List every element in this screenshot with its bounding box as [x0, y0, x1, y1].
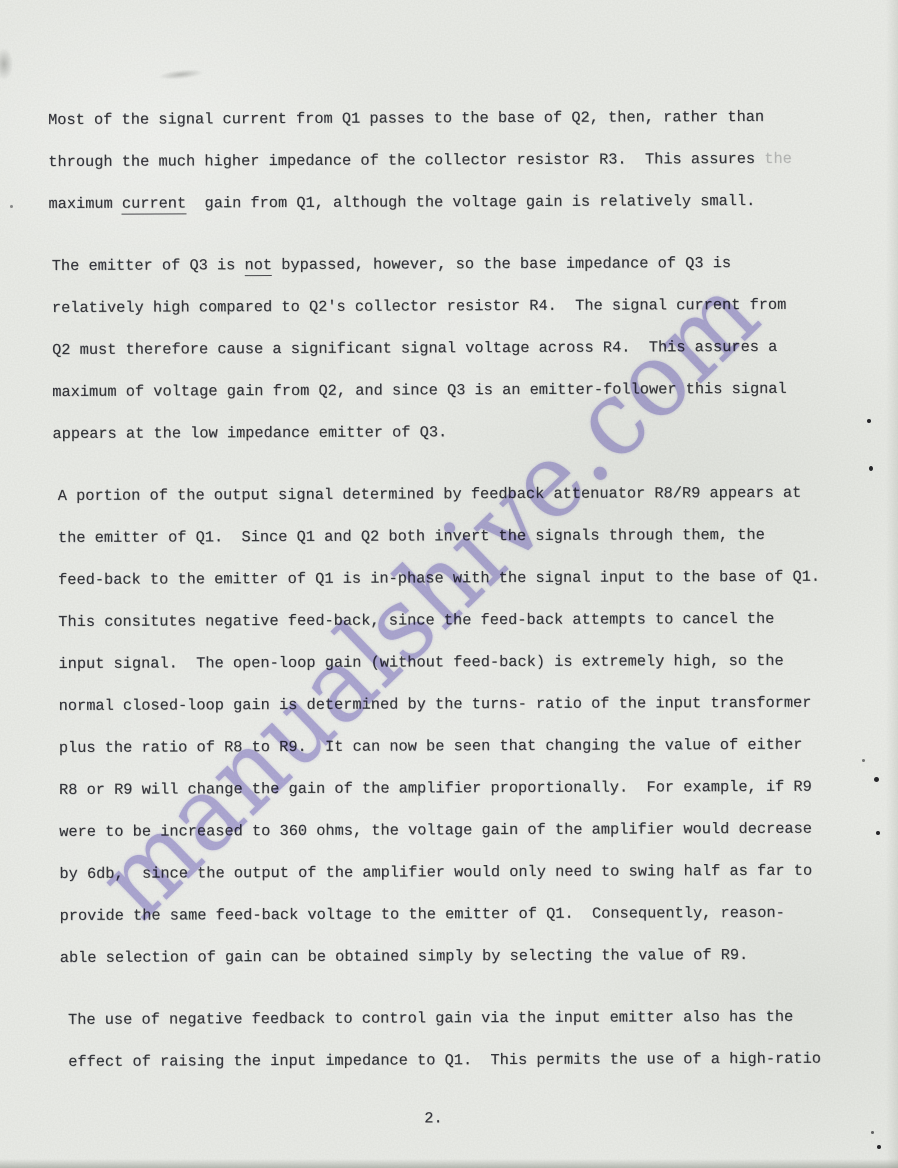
- text-segment: plus the ratio of R8 to R9. It can now b…: [59, 736, 803, 757]
- underlined-text: not: [244, 256, 272, 276]
- scan-speck: [871, 1131, 874, 1134]
- text-line: feed-back to the emitter of Q1 is in-pha…: [58, 556, 812, 601]
- text-line: able selection of gain can be obtained s…: [60, 934, 814, 979]
- scanned-document-page: Most of the signal current from Q1 passe…: [0, 0, 898, 1168]
- text-line: maximum of voltage gain from Q2, and sin…: [52, 368, 811, 413]
- scan-speck: [869, 466, 873, 471]
- scan-edge-shadow-bottom: [0, 1159, 898, 1168]
- text-line: This consitutes negative feed-back, sinc…: [58, 598, 812, 643]
- scan-speck: [862, 759, 865, 762]
- text-line: The emitter of Q3 is not bypassed, howev…: [52, 242, 811, 287]
- paragraph: The use of negative feedback to control …: [68, 996, 814, 1083]
- scan-speck: [10, 205, 13, 208]
- text-segment: normal closed-loop gain is determined by…: [59, 694, 812, 715]
- text-segment: Q2 must therefore cause a significant si…: [52, 338, 777, 359]
- text-line: through the much higher impedance of the…: [48, 138, 810, 183]
- paragraph: A portion of the output signal determine…: [58, 472, 814, 979]
- page-number: 2.: [52, 1102, 814, 1135]
- text-line: plus the ratio of R8 to R9. It can now b…: [59, 724, 813, 769]
- text-segment: input signal. The open-loop gain (withou…: [58, 652, 783, 673]
- text-segment: were to be increased to 360 ohms, the vo…: [59, 820, 812, 841]
- text-line: the emitter of Q1. Since Q1 and Q2 both …: [58, 514, 812, 559]
- text-segment: through the much higher impedance of the…: [48, 150, 764, 171]
- text-line: were to be increased to 360 ohms, the vo…: [59, 808, 813, 853]
- text-segment: appears at the low impedance emitter of …: [52, 423, 447, 443]
- text-segment: bypassed, however, so the base impedance…: [272, 254, 731, 274]
- text-line: appears at the low impedance emitter of …: [52, 410, 811, 455]
- scan-speck: [876, 831, 880, 835]
- text-segment: effect of raising the input impedance to…: [68, 1050, 821, 1071]
- text-segment: gain from Q1, although the voltage gain …: [186, 192, 755, 212]
- text-segment: This consitutes negative feed-back, sinc…: [58, 610, 774, 631]
- text-line: normal closed-loop gain is determined by…: [59, 682, 813, 727]
- scan-smudge: [0, 48, 13, 80]
- text-line: maximum current gain from Q1, although t…: [48, 180, 810, 225]
- text-line: provide the same feed-back voltage to th…: [59, 892, 813, 937]
- scan-smudge: [158, 68, 205, 82]
- text-line: Q2 must therefore cause a significant si…: [52, 326, 811, 371]
- text-segment: feed-back to the emitter of Q1 is in-pha…: [58, 568, 820, 589]
- text-segment: R8 or R9 will change the gain of the amp…: [59, 778, 812, 799]
- text-line: effect of raising the input impedance to…: [68, 1038, 814, 1083]
- underlined-text: current: [122, 194, 186, 214]
- text-line: A portion of the output signal determine…: [58, 472, 812, 517]
- faded-text: the: [764, 150, 792, 168]
- text-segment: provide the same feed-back voltage to th…: [60, 904, 785, 925]
- text-line: relatively high compared to Q2's collect…: [52, 284, 811, 329]
- text-line: R8 or R9 will change the gain of the amp…: [59, 766, 813, 811]
- text-line: The use of negative feedback to control …: [68, 996, 814, 1041]
- text-line: by 6db, since the output of the amplifie…: [59, 850, 813, 895]
- text-segment: able selection of gain can be obtained s…: [60, 946, 749, 967]
- text-segment: maximum of voltage gain from Q2, and sin…: [52, 380, 786, 401]
- text-segment: relatively high compared to Q2's collect…: [52, 296, 786, 317]
- text-segment: by 6db, since the output of the amplifie…: [59, 862, 812, 883]
- scan-speck: [867, 419, 871, 423]
- text-segment: The emitter of Q3 is: [52, 256, 245, 275]
- text-segment: A portion of the output signal determine…: [58, 484, 802, 505]
- text-segment: The use of negative feedback to control …: [68, 1008, 793, 1029]
- paragraph: The emitter of Q3 is not bypassed, howev…: [52, 242, 812, 455]
- document-text: Most of the signal current from Q1 passe…: [48, 96, 815, 1135]
- text-line: input signal. The open-loop gain (withou…: [58, 640, 812, 685]
- text-segment: Most of the signal current from Q1 passe…: [48, 108, 764, 129]
- scan-speck: [874, 777, 879, 782]
- text-segment: maximum: [48, 195, 122, 213]
- text-line: Most of the signal current from Q1 passe…: [48, 96, 810, 141]
- text-segment: the emitter of Q1. Since Q1 and Q2 both …: [58, 526, 765, 547]
- scan-speck: [877, 1145, 881, 1149]
- paragraph: Most of the signal current from Q1 passe…: [48, 96, 811, 225]
- scan-edge-shadow-right: [886, 0, 898, 1168]
